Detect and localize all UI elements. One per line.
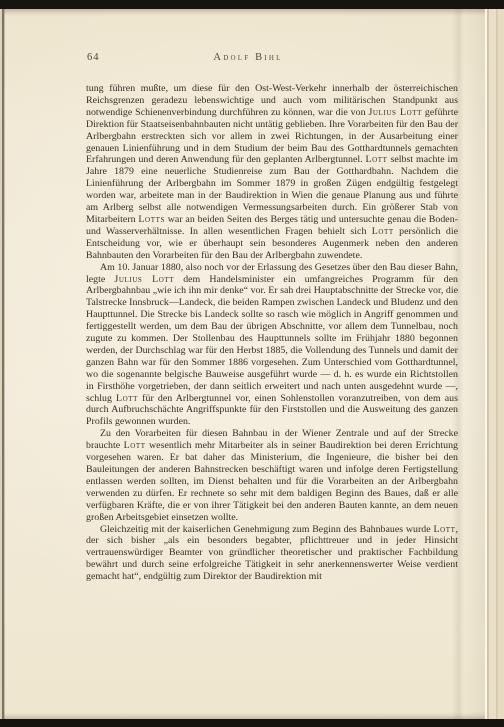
page-gutter-edge	[0, 9, 6, 719]
paragraph: Zu den Vorarbeiten für diesen Bahnbau in…	[86, 428, 458, 523]
paragraph: tung führen mußte, um diese für den Ost-…	[86, 83, 458, 262]
person-name-smallcaps: Lotts	[138, 214, 165, 225]
stacked-page-edges	[485, 9, 504, 719]
person-name-smallcaps: Lott	[124, 440, 146, 451]
person-name-smallcaps: Lott	[366, 154, 388, 165]
person-name-smallcaps: Lott	[116, 393, 138, 404]
person-name-smallcaps: Julius Lott	[368, 107, 422, 118]
running-head: 64 Adolf Bihl	[86, 52, 458, 66]
person-name-smallcaps: Lott	[372, 226, 394, 237]
person-name-smallcaps: Julius Lott	[114, 274, 174, 285]
body-text: tung führen mußte, um diese für den Ost-…	[86, 83, 458, 583]
paragraph: Am 10. Januar 1880, also noch vor der Er…	[86, 262, 458, 429]
type-area: 64 Adolf Bihl tung führen mußte, um dies…	[86, 52, 458, 583]
running-header-title: Adolf Bihl	[213, 52, 282, 63]
page-number: 64	[87, 52, 100, 63]
paragraph: Gleichzeitig mit der kaiserlichen Genehm…	[86, 524, 458, 584]
person-name-smallcaps: Lott	[433, 524, 455, 535]
book-photo-background: 64 Adolf Bihl tung führen mußte, um dies…	[0, 0, 504, 727]
